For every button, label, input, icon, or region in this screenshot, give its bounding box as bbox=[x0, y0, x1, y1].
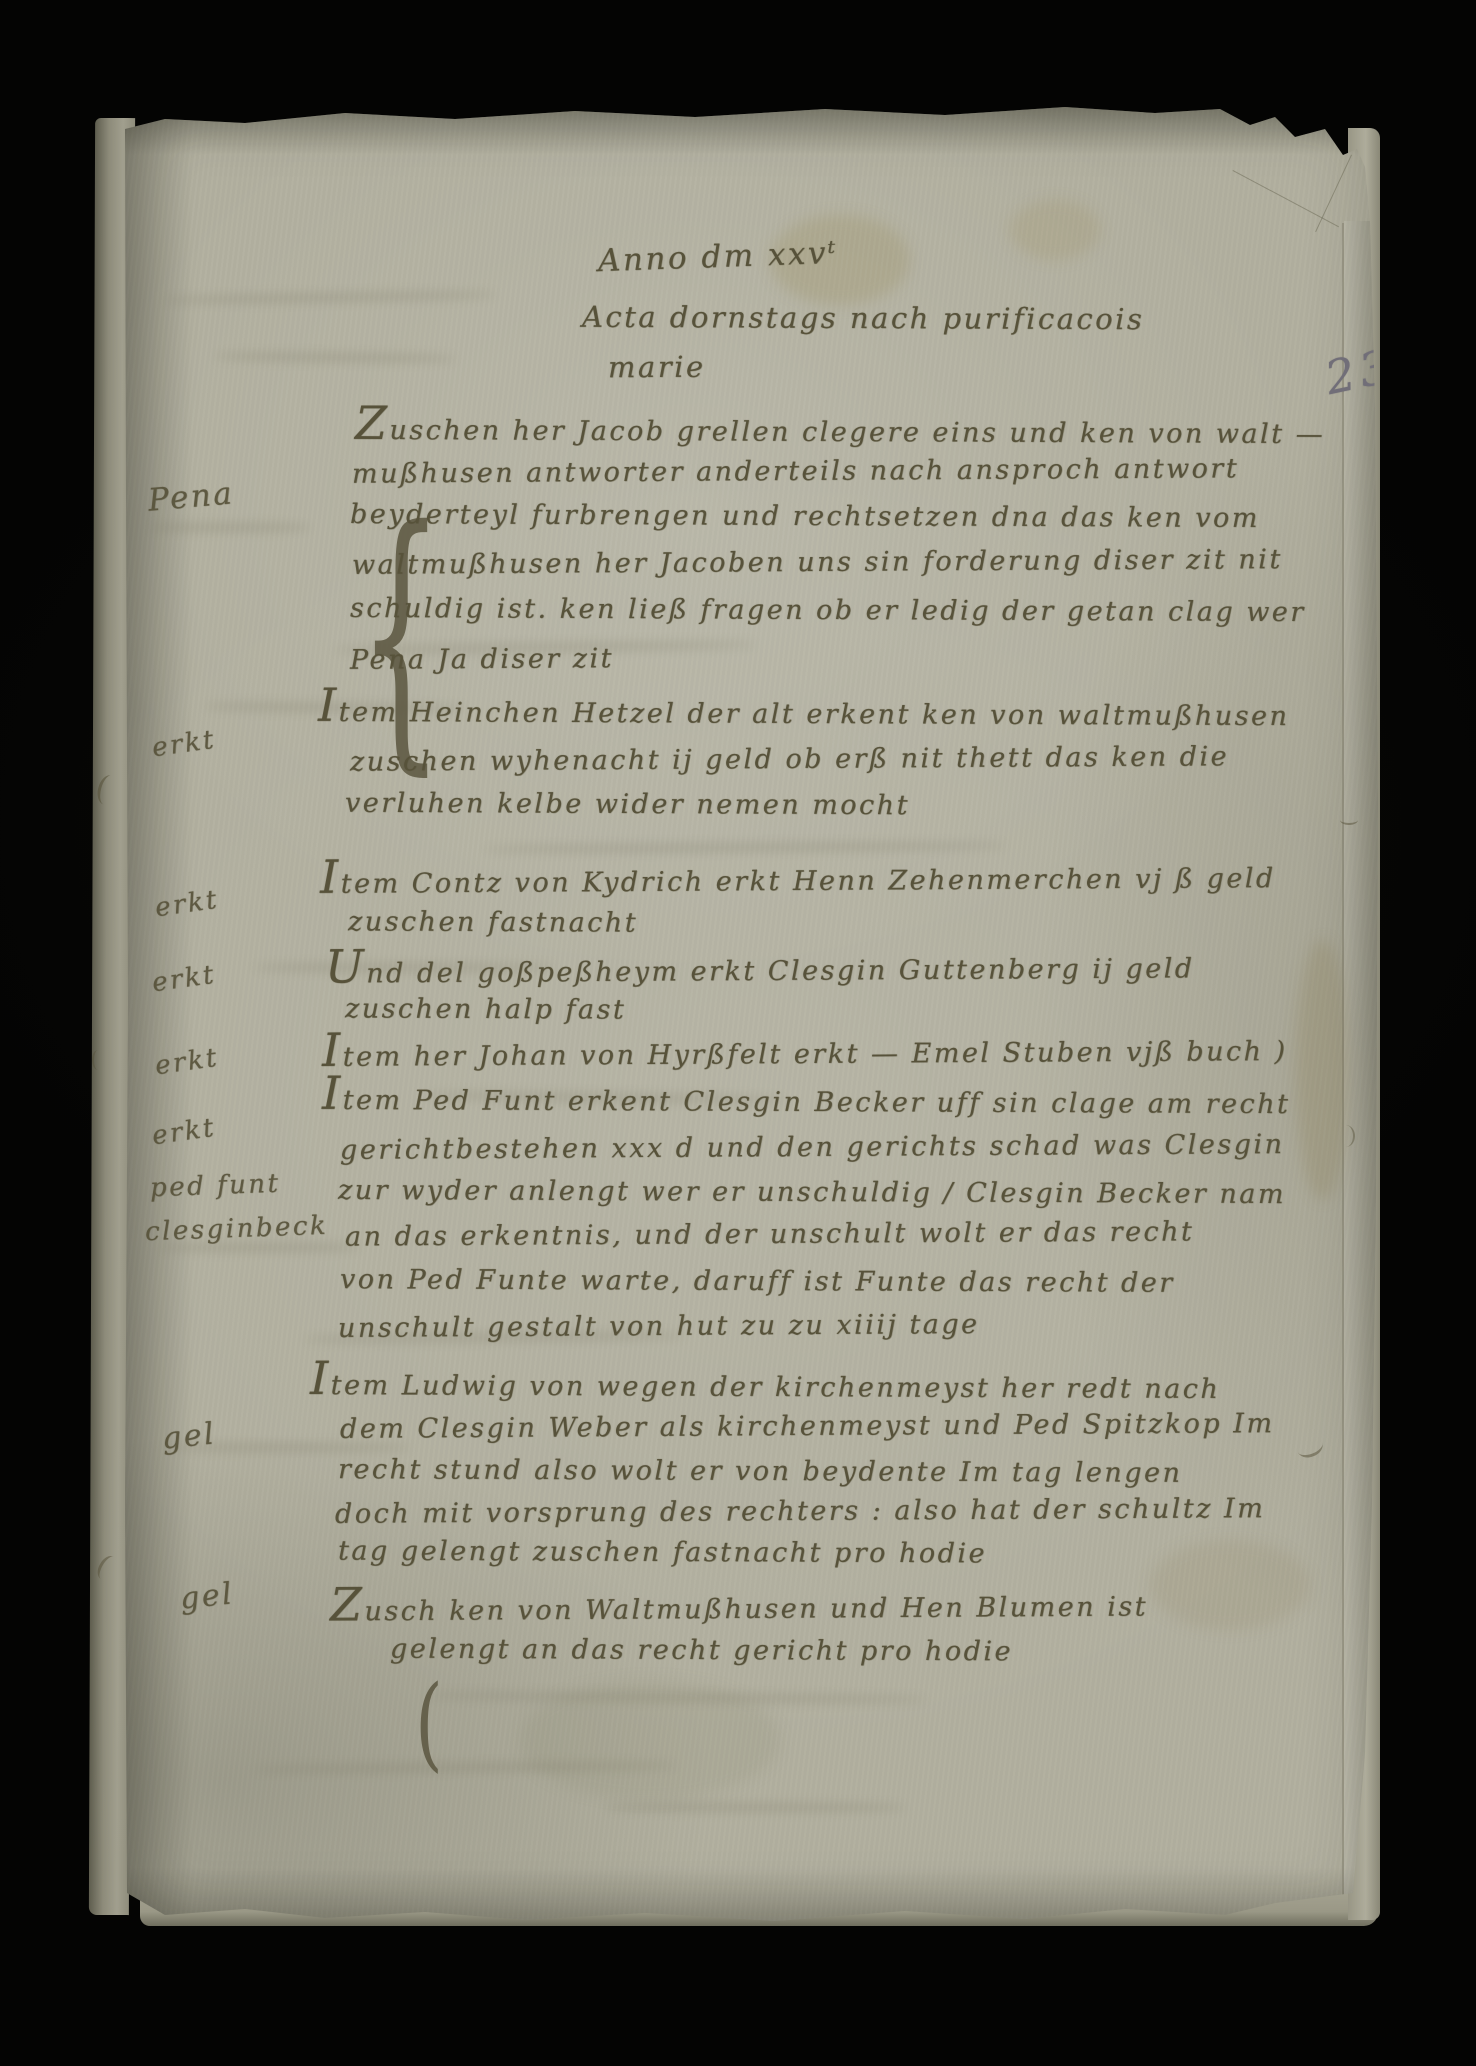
manuscript-line: zuschen wyhenacht ij geld ob erß nit the… bbox=[350, 742, 1229, 777]
edge-ink-fragment bbox=[1337, 1125, 1355, 1147]
show-through-mark bbox=[165, 290, 495, 305]
manuscript-page: 233 Anno dm xxvᵗ Acta dornstags nach pur… bbox=[125, 103, 1380, 1925]
manuscript-line: Zuschen her Jacob grellen clegere eins u… bbox=[355, 411, 1325, 450]
margin-note: Pena bbox=[147, 476, 236, 517]
show-through-mark bbox=[485, 841, 1005, 854]
heading-line: marie bbox=[608, 352, 706, 384]
margin-note: gel bbox=[160, 1417, 217, 1455]
manuscript-line: verluhen kelbe wider nemen mocht bbox=[345, 789, 910, 821]
manuscript-line: Item Ped Funt erkent Clesgin Becker uff … bbox=[322, 1081, 1291, 1120]
margin-note: erkt bbox=[153, 886, 220, 923]
manuscript-line: recht stund also wolt er von beydente Im… bbox=[338, 1455, 1183, 1488]
edge-ink-fragment bbox=[1340, 815, 1358, 825]
manuscript-line: Pena Ja diser zit bbox=[350, 644, 614, 675]
manuscript-line: an das erkentnis, und der unschult wolt … bbox=[345, 1217, 1195, 1252]
show-through-mark bbox=[150, 523, 310, 532]
paper-stain bbox=[1150, 1540, 1310, 1630]
manuscript-line: beyderteyl furbrengen und rechtsetzen dn… bbox=[350, 500, 1260, 534]
margin-note: ped funt bbox=[150, 1170, 281, 1203]
manuscript-line: Item Ludwig von wegen der kirchenmeyst h… bbox=[310, 1366, 1220, 1405]
manuscript-line: unschult gestalt von hut zu zu xiiij tag… bbox=[338, 1310, 980, 1344]
manuscript-line: zuschen fastnacht bbox=[348, 907, 638, 938]
heading-line: Acta dornstags nach purificacois bbox=[582, 302, 1144, 336]
manuscript-line: zuschen halp fast bbox=[345, 994, 626, 1025]
photograph-background: 233 Anno dm xxvᵗ Acta dornstags nach pur… bbox=[0, 0, 1476, 2066]
edge-ink-fragment bbox=[92, 1050, 104, 1070]
paper-stain bbox=[1010, 200, 1100, 260]
manuscript-line: waltmußhusen her Jacoben uns sin forderu… bbox=[352, 545, 1283, 580]
manuscript-line: Zusch ken von Waltmußhusen und Hen Blume… bbox=[330, 1588, 1148, 1628]
manuscript-line: Und del goßpeßheym erkt Clesgin Guttenbe… bbox=[325, 949, 1195, 989]
show-through-mark bbox=[605, 1803, 905, 1812]
margin-note: erkt bbox=[150, 726, 217, 763]
manuscript-line: mußhusen antworter anderteils nach anspr… bbox=[352, 454, 1239, 489]
manuscript-line: von Ped Funte warte, daruff ist Funte da… bbox=[340, 1265, 1175, 1298]
paper-stain bbox=[520, 1680, 780, 1800]
paragraph-paren: ( bbox=[415, 1673, 443, 1775]
manuscript-line: gerichtbestehen xxx d und den gerichts s… bbox=[340, 1130, 1285, 1165]
margin-note: clesginbeck bbox=[145, 1212, 329, 1247]
margin-note: erkt bbox=[150, 961, 217, 998]
manuscript-line: Item her Johan von Hyrßfelt erkt — Emel … bbox=[322, 1032, 1288, 1073]
manuscript-line: doch mit vorsprung des rechters : also h… bbox=[335, 1494, 1265, 1529]
manuscript-line: tag gelengt zuschen fastnacht pro hodie bbox=[338, 1537, 987, 1570]
manuscript-line: dem Clesgin Weber als kirchenmeyst und P… bbox=[340, 1409, 1275, 1444]
manuscript-line: schuldig ist. ken ließ fragen ob er ledi… bbox=[350, 594, 1306, 628]
show-through-mark bbox=[215, 352, 455, 364]
manuscript-line: Item Heinchen Hetzel der alt erkent ken … bbox=[318, 693, 1290, 732]
edge-ink-fragment bbox=[1295, 1434, 1326, 1461]
corner-crease-line bbox=[1233, 170, 1339, 227]
bottom-edge-crease bbox=[305, 1996, 1455, 1998]
margin-note: erkt bbox=[150, 1114, 217, 1151]
paragraph-brace: { bbox=[358, 501, 444, 769]
manuscript-line: gelengt an das recht gericht pro hodie bbox=[390, 1635, 1013, 1667]
heading-line: Anno dm xxvᵗ bbox=[597, 236, 838, 278]
margin-note: erkt bbox=[153, 1044, 220, 1081]
margin-note: gel bbox=[178, 1577, 235, 1615]
manuscript-line: zur wyder anlengt wer er unschuldig / Cl… bbox=[338, 1176, 1286, 1210]
manuscript-line: Item Contz von Kydrich erkt Henn Zehenme… bbox=[320, 859, 1276, 900]
